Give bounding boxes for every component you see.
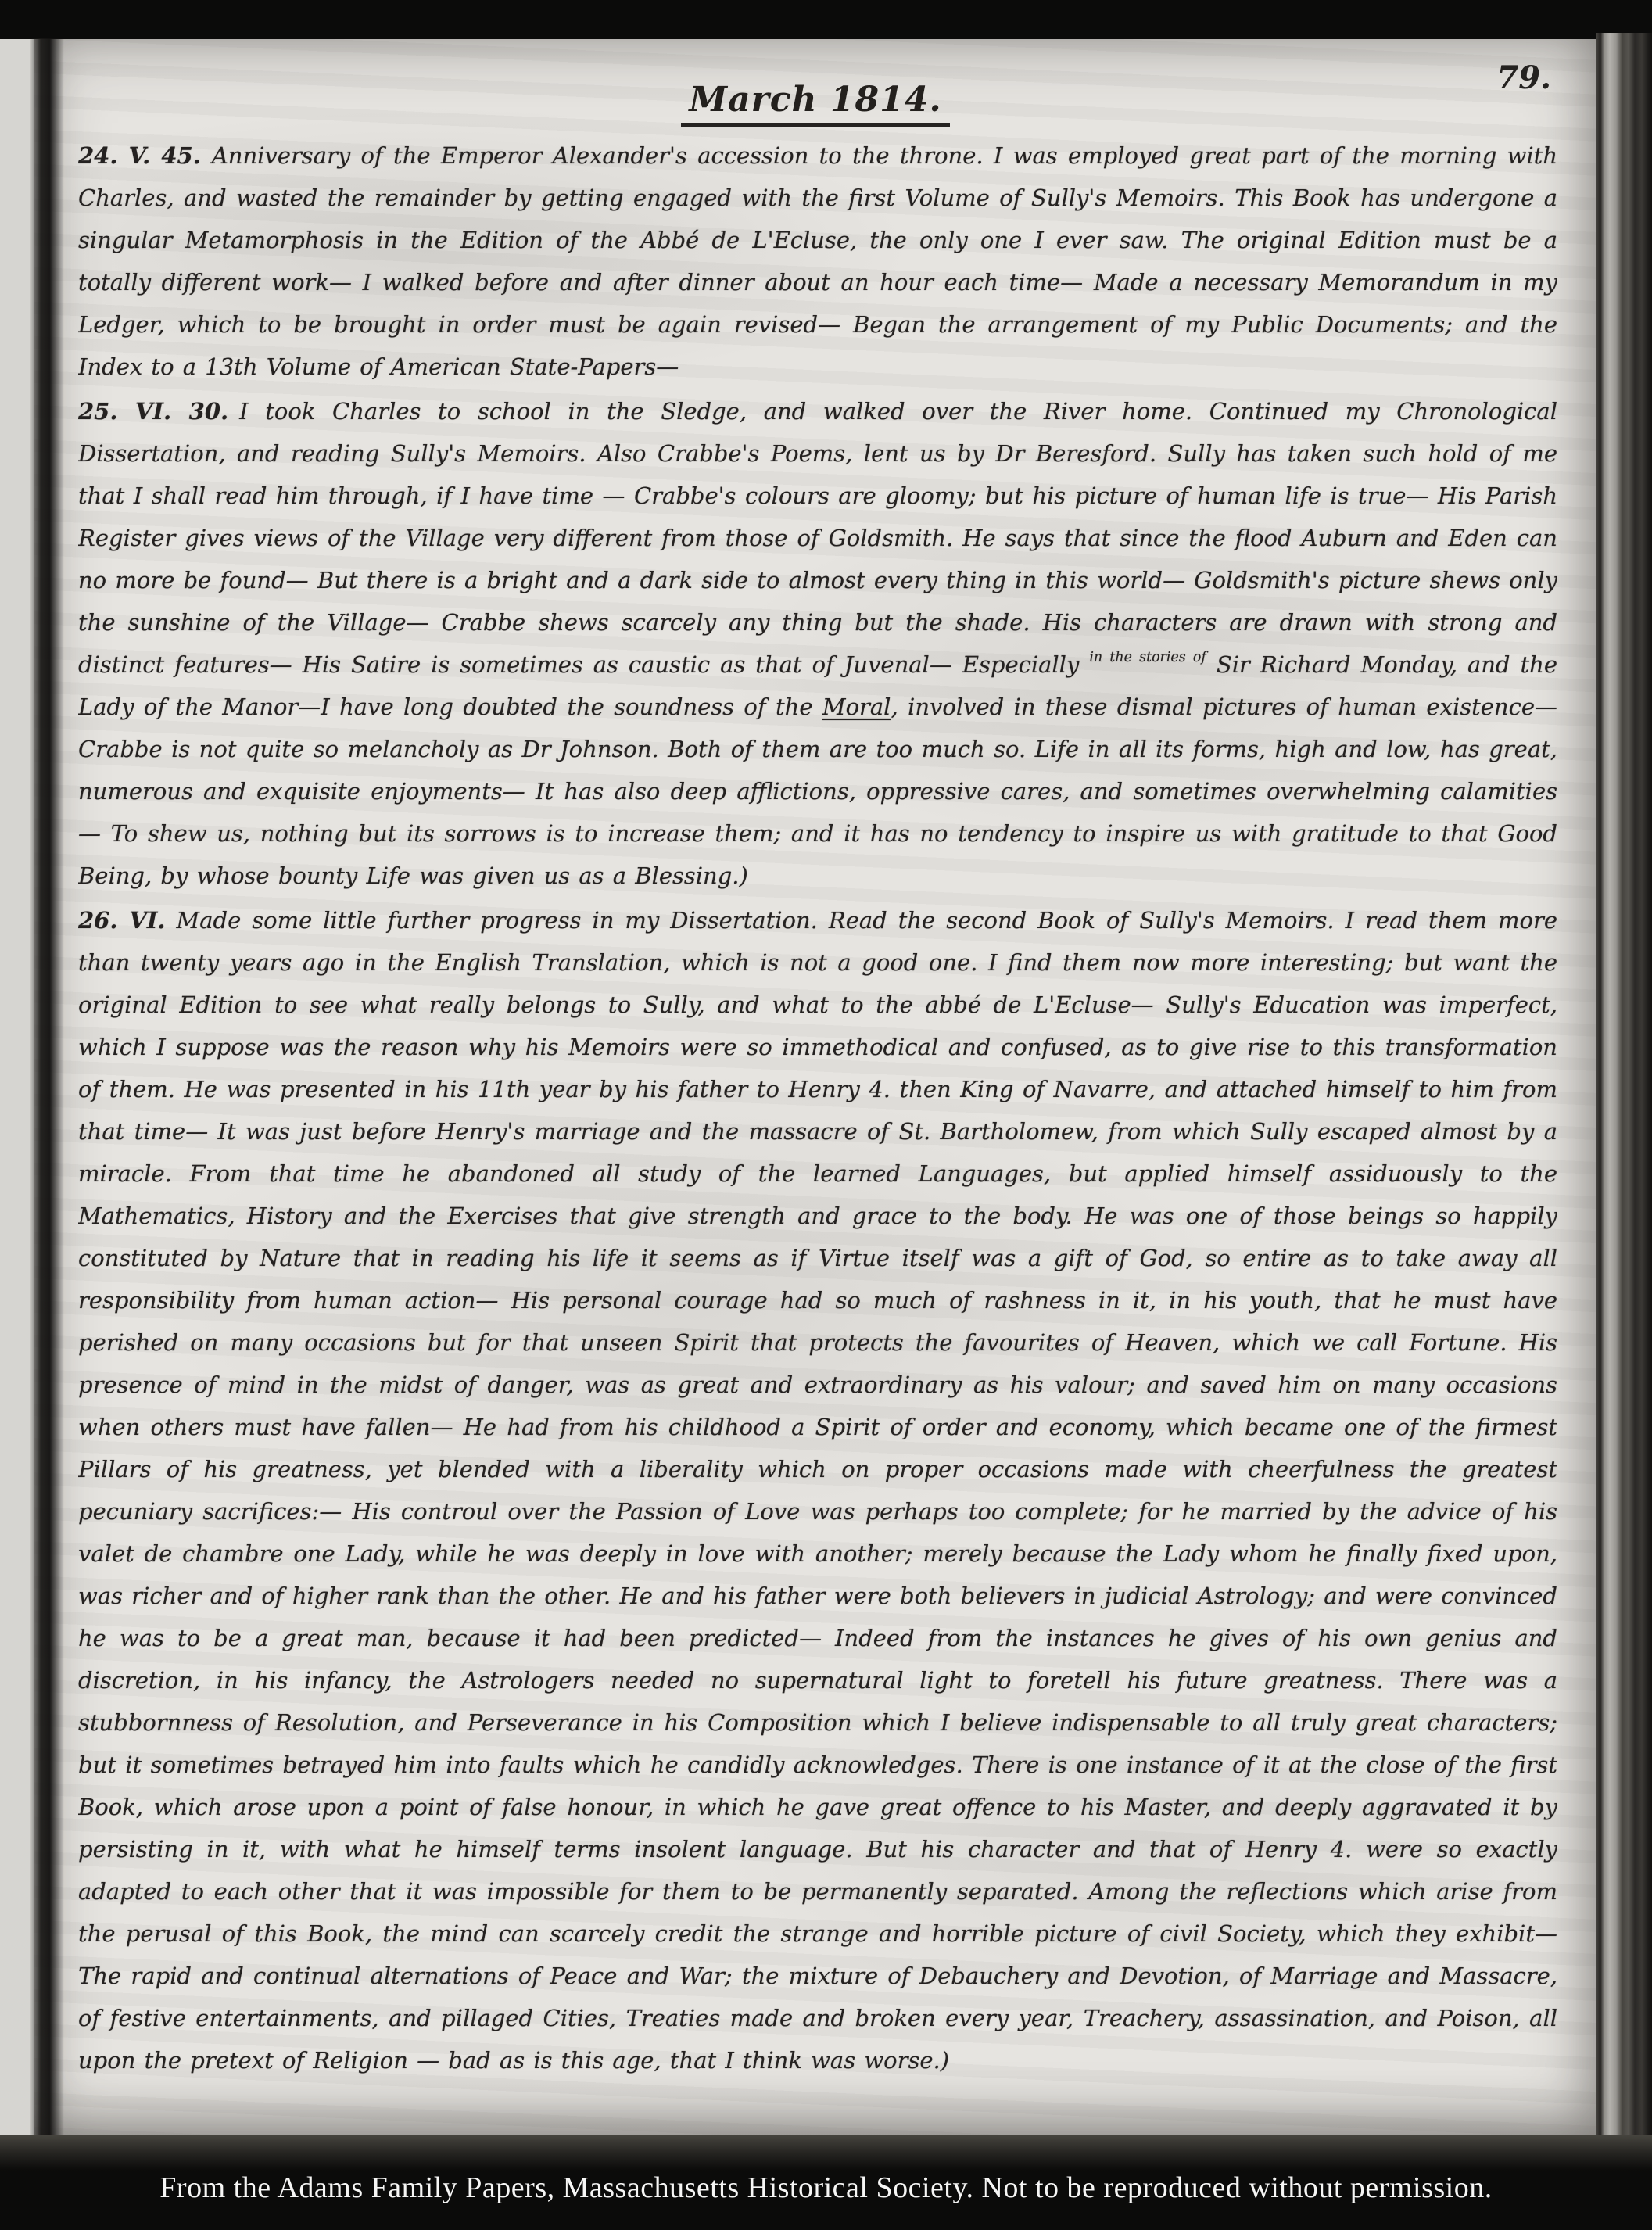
book-page-edges [1596,33,1652,2144]
month-title-underlined: March 1814. [681,80,949,127]
binding-gutter-shadow [30,38,64,2141]
manuscript-scan: March 1814. 79. 24. V. 45.Anniversary of… [0,0,1652,2230]
caption-bar: From the Adams Family Papers, Massachuse… [0,2171,1652,2205]
paper-bottom-edge-shadow [0,2135,1652,2171]
entry-date-code: 24. V. 45. [78,142,201,169]
entry-text: I took Charles to school in the Sledge, … [78,398,1557,678]
entry-date-code: 25. VI. 30. [78,398,228,425]
entry-text: Made some little further progress in my … [78,907,1557,2074]
interlinear-insertion: in the stories of [1089,650,1206,665]
underlined-word: Moral [822,694,891,720]
diary-entry-march-24: 24. V. 45.Anniversary of the Emperor Ale… [78,134,1557,388]
page-number: 79. [1496,59,1551,96]
caption-text: From the Adams Family Papers, Massachuse… [159,2171,1492,2204]
diary-page: March 1814. 79. 24. V. 45.Anniversary of… [34,39,1596,2139]
diary-text: 24. V. 45.Anniversary of the Emperor Ale… [78,134,1557,2127]
entry-text: Anniversary of the Emperor Alexander's a… [78,142,1557,380]
entry-text: , involved in these dismal pictures of h… [78,694,1557,889]
diary-entry-march-26: 26. VI.Made some little further progress… [78,899,1557,2081]
page-title: March 1814. [34,80,1596,127]
entry-date-code: 26. VI. [78,907,166,934]
diary-entry-march-25: 25. VI. 30.I took Charles to school in t… [78,390,1557,897]
